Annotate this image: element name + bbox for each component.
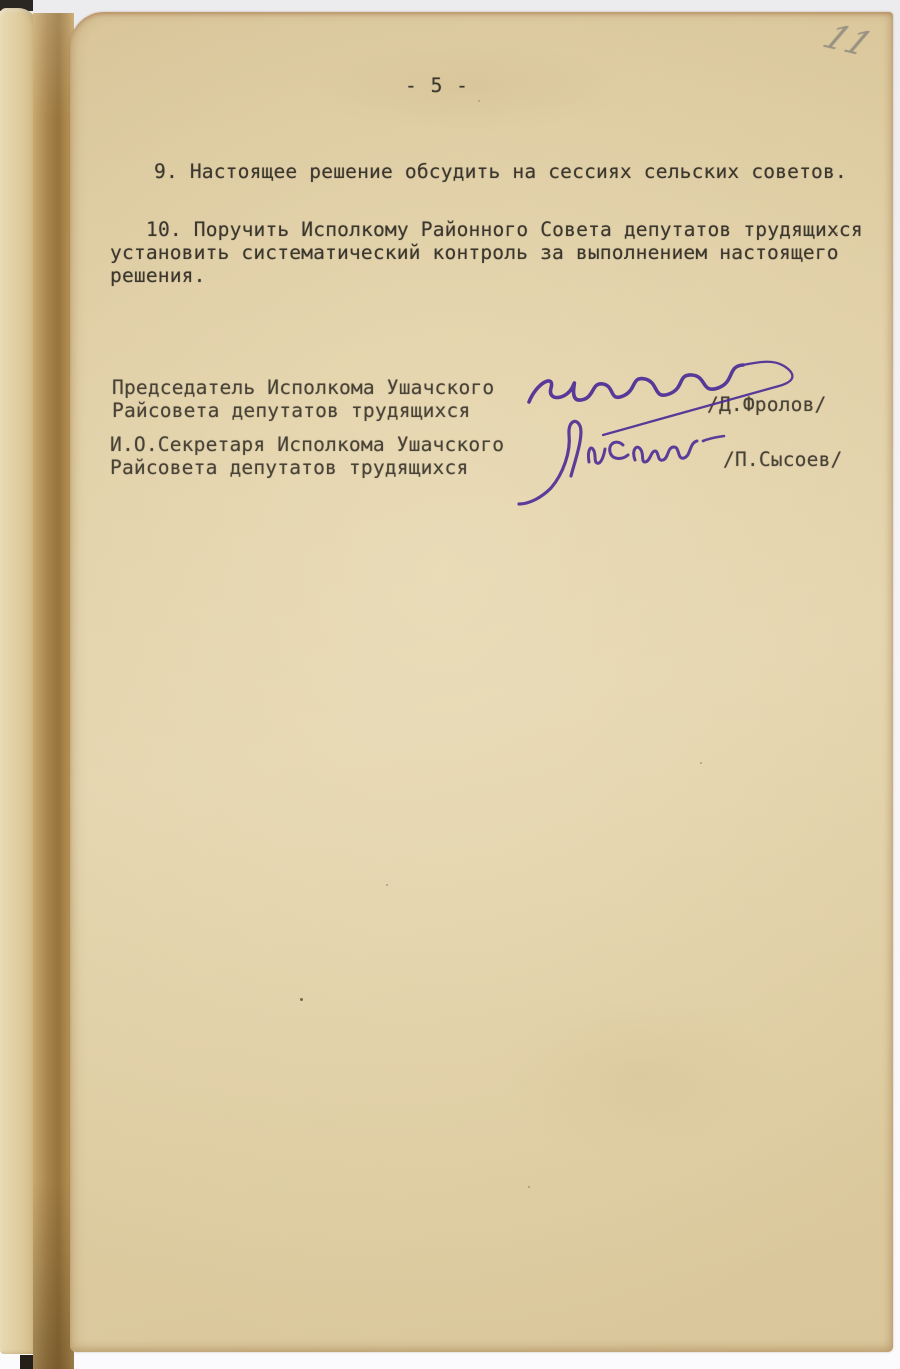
secretary-typed-name: /П.Сысоев/: [723, 448, 842, 471]
paper-speck: [300, 998, 303, 1001]
resolution-item-10-line-2: установить систематический контроль за в…: [110, 241, 863, 264]
secretary-signature-ink: [519, 421, 724, 504]
resolution-item-10: 10. Поручить Исполкому Районного Совета …: [110, 218, 863, 288]
paper-speck: [528, 1186, 530, 1188]
paper-speck: [386, 884, 388, 886]
folio-number-pencil: 11: [808, 18, 896, 80]
signature-ink-overlay: [515, 352, 865, 522]
resolution-item-9: 9. Настоящее решение обсудить на сессиях…: [154, 160, 847, 183]
chairman-title: Председатель Исполкома Ушачского Райсове…: [112, 376, 494, 422]
paper-stain: [500, 992, 780, 1162]
paper-speck: [700, 762, 702, 764]
paper-speck: [478, 100, 480, 102]
document-scan: 11 - 5 - 9. Настоящее решение обсудить н…: [0, 0, 900, 1369]
secretary-title-line-2: Райсовета депутатов трудящихся: [110, 456, 504, 479]
secretary-title: И.О.Секретаря Исполкома Ушачского Райсов…: [110, 433, 504, 479]
paper-speck: [836, 232, 838, 234]
resolution-item-10-line-1: 10. Поручить Исполкому Районного Совета …: [110, 218, 863, 241]
chairman-typed-name: /Д.Фролов/: [707, 393, 826, 416]
paper-stain: [310, 42, 630, 132]
secretary-title-line-1: И.О.Секретаря Исполкома Ушачского: [110, 433, 504, 456]
page-number: - 5 -: [405, 74, 469, 97]
document-page: 11 - 5 - 9. Настоящее решение обсудить н…: [70, 12, 893, 1352]
resolution-item-10-line-3: решения.: [110, 264, 863, 287]
chairman-title-line-1: Председатель Исполкома Ушачского: [112, 376, 494, 399]
chairman-title-line-2: Райсовета депутатов трудящихся: [112, 399, 494, 422]
binding-gutter-shadow: [33, 13, 74, 1369]
